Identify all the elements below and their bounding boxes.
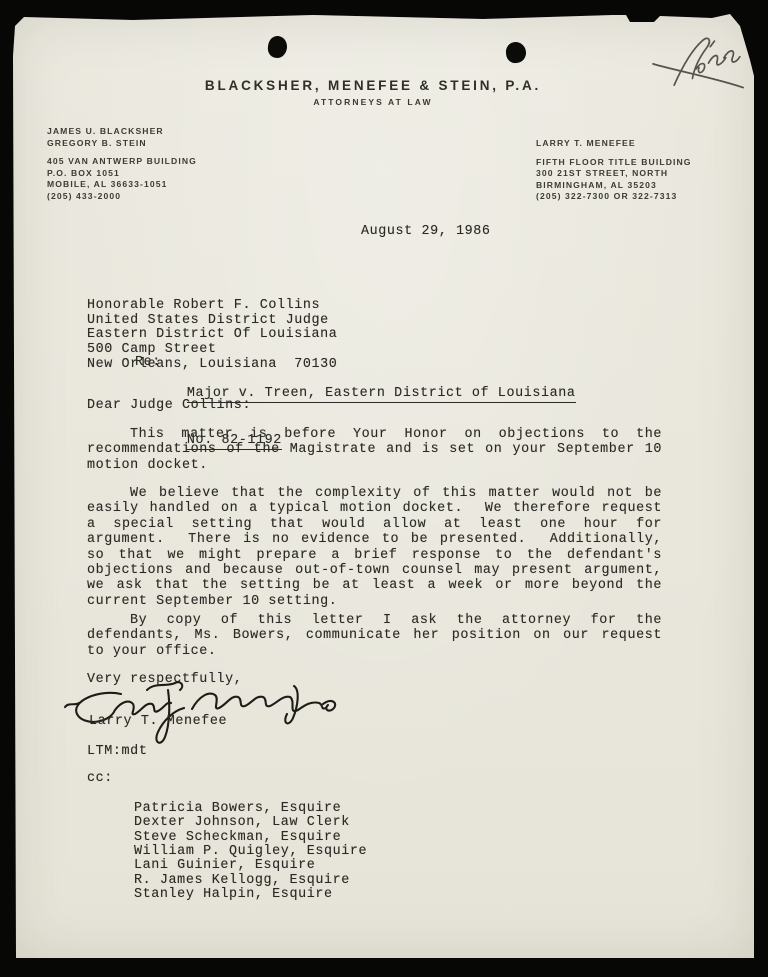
spacer [536, 150, 692, 157]
signer-name: Larry T. Menefee [89, 714, 227, 729]
address-line: (205) 433-2000 [47, 191, 197, 203]
cc-recipient: Steve Scheckman, Esquire [134, 831, 367, 845]
body-line: to your office. [87, 644, 662, 659]
letterhead-left-column: JAMES U. BLACKSHERGREGORY B. STEIN 405 V… [47, 126, 197, 203]
re-label: Re: [135, 355, 161, 370]
body-line: recommendations of the Magistrate and is… [87, 442, 662, 457]
cc-list: Patricia Bowers, EsquireDexter Johnson, … [134, 771, 367, 933]
body-line: defendants, Ms. Bowers, communicate her … [87, 628, 662, 643]
reference-initials: LTM:mdt [87, 744, 147, 759]
address-line: P.O. BOX 1051 [47, 168, 197, 180]
cc-recipient: R. James Kellogg, Esquire [134, 874, 367, 888]
address-line: BIRMINGHAM, AL 35203 [536, 180, 692, 192]
cc-recipient: Dexter Johnson, Law Clerk [134, 816, 367, 830]
body-line: easily handled on a typical motion docke… [87, 501, 662, 516]
address-line: 300 21ST STREET, NORTH [536, 168, 692, 180]
address-line: MOBILE, AL 36633-1051 [47, 179, 197, 191]
punch-hole-right [505, 41, 527, 64]
body-line: current September 10 setting. [87, 594, 662, 609]
attorney-name: LARRY T. MENEFEE [536, 138, 692, 150]
body-line: By copy of this letter I ask the attorne… [87, 613, 662, 628]
body-line: argument. There is no evidence to be pre… [87, 532, 662, 547]
body-paragraph-2: We believe that the complexity of this m… [87, 486, 662, 609]
body-line: a special setting that would allow at le… [87, 517, 662, 532]
cc-recipient: Patricia Bowers, Esquire [134, 802, 367, 816]
letter-date: August 29, 1986 [361, 224, 491, 239]
body-line: objections and because out-of-town couns… [87, 563, 662, 578]
body-line: We believe that the complexity of this m… [87, 486, 662, 501]
attorney-name: JAMES U. BLACKSHER [47, 126, 197, 138]
body-paragraph-3: By copy of this letter I ask the attorne… [87, 613, 662, 659]
scanned-letter-page: BLACKSHER, MENEFEE & STEIN, P.A. ATTORNE… [0, 0, 768, 977]
spacer [47, 149, 197, 156]
body-line: This matter is before Your Honor on obje… [87, 427, 662, 442]
attorney-name: GREGORY B. STEIN [47, 138, 197, 150]
firm-subtitle: ATTORNEYS AT LAW [23, 97, 723, 107]
letterhead-right-column: LARRY T. MENEFEE FIFTH FLOOR TITLE BUILD… [536, 138, 692, 203]
firm-name: BLACKSHER, MENEFEE & STEIN, P.A. [23, 78, 723, 93]
body-line: we ask that the setting be at least a we… [87, 578, 662, 593]
recipient-line: Honorable Robert F. Collins [87, 299, 337, 314]
address-line: (205) 322-7300 OR 322-7313 [536, 191, 692, 203]
cc-recipient: Stanley Halpin, Esquire [134, 888, 367, 902]
body-paragraph-1: This matter is before Your Honor on obje… [87, 427, 662, 473]
punch-hole-left [267, 35, 289, 59]
cc-recipient: Lani Guinier, Esquire [134, 859, 367, 873]
cc-recipient: William P. Quigley, Esquire [134, 845, 367, 859]
address-line: 405 VAN ANTWERP BUILDING [47, 156, 197, 168]
body-line: so that we might prepare a brief respons… [87, 548, 662, 563]
recipient-line: United States District Judge [87, 314, 337, 329]
address-line: FIFTH FLOOR TITLE BUILDING [536, 157, 692, 169]
salutation: Dear Judge Collins: [87, 398, 251, 413]
paper-sheet: BLACKSHER, MENEFEE & STEIN, P.A. ATTORNE… [13, 14, 754, 958]
recipient-line: Eastern District Of Louisiana [87, 328, 337, 343]
cc-label: cc: [87, 771, 113, 786]
body-line: motion docket. [87, 458, 662, 473]
